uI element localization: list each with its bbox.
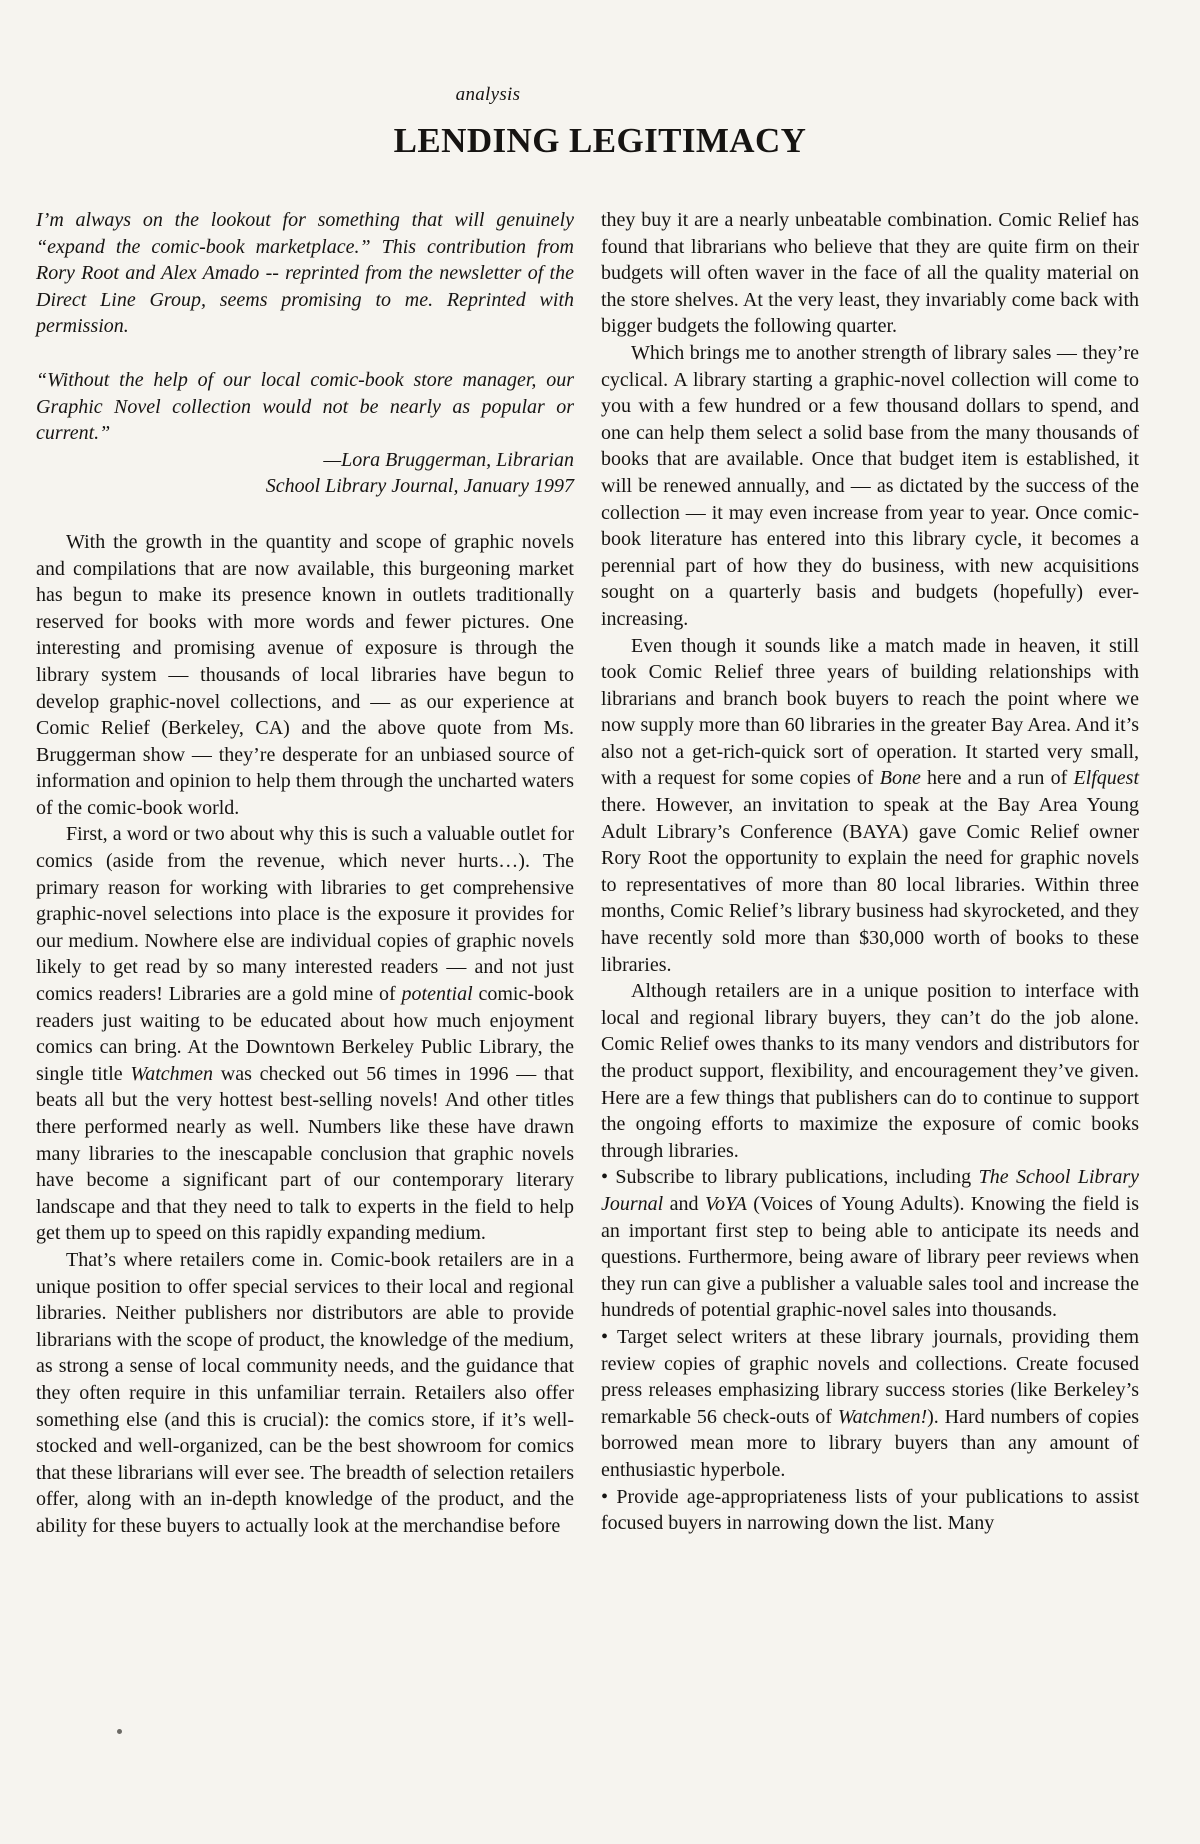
- bullet-item: • Subscribe to library publications, inc…: [601, 1164, 1139, 1324]
- article-title: LENDING LEGITIMACY: [0, 121, 1200, 161]
- body-paragraph: With the growth in the quantity and scop…: [36, 529, 574, 822]
- attribution-source: School Library Journal, January 1997: [36, 473, 574, 500]
- scan-ink-speck: [117, 1729, 122, 1734]
- article-body: I’m always on the lookout for something …: [0, 161, 1200, 1540]
- body-paragraph: Although retailers are in a unique posit…: [601, 978, 1139, 1164]
- editor-intro-paragraph: I’m always on the lookout for something …: [36, 207, 574, 340]
- attribution-name: —Lora Bruggerman, Librarian: [36, 447, 574, 474]
- section-kicker: analysis: [0, 0, 1088, 106]
- right-column: they buy it are a nearly unbeatable comb…: [601, 207, 1139, 1540]
- body-paragraph: Which brings me to another strength of l…: [601, 340, 1139, 633]
- bullet-item: • Target select writers at these library…: [601, 1324, 1139, 1484]
- body-paragraph: First, a word or two about why this is s…: [36, 821, 574, 1247]
- body-paragraph-continuation: they buy it are a nearly unbeatable comb…: [601, 207, 1139, 340]
- scanned-article-page: analysis LENDING LEGITIMACY I’m always o…: [0, 0, 1200, 1844]
- pull-quote: “Without the help of our local comic-boo…: [36, 367, 574, 447]
- body-paragraph: Even though it sounds like a match made …: [601, 633, 1139, 979]
- bullet-item: • Provide age-appropriateness lists of y…: [601, 1484, 1139, 1537]
- left-column: I’m always on the lookout for something …: [36, 207, 574, 1540]
- body-paragraph: That’s where retailers come in. Comic-bo…: [36, 1247, 574, 1540]
